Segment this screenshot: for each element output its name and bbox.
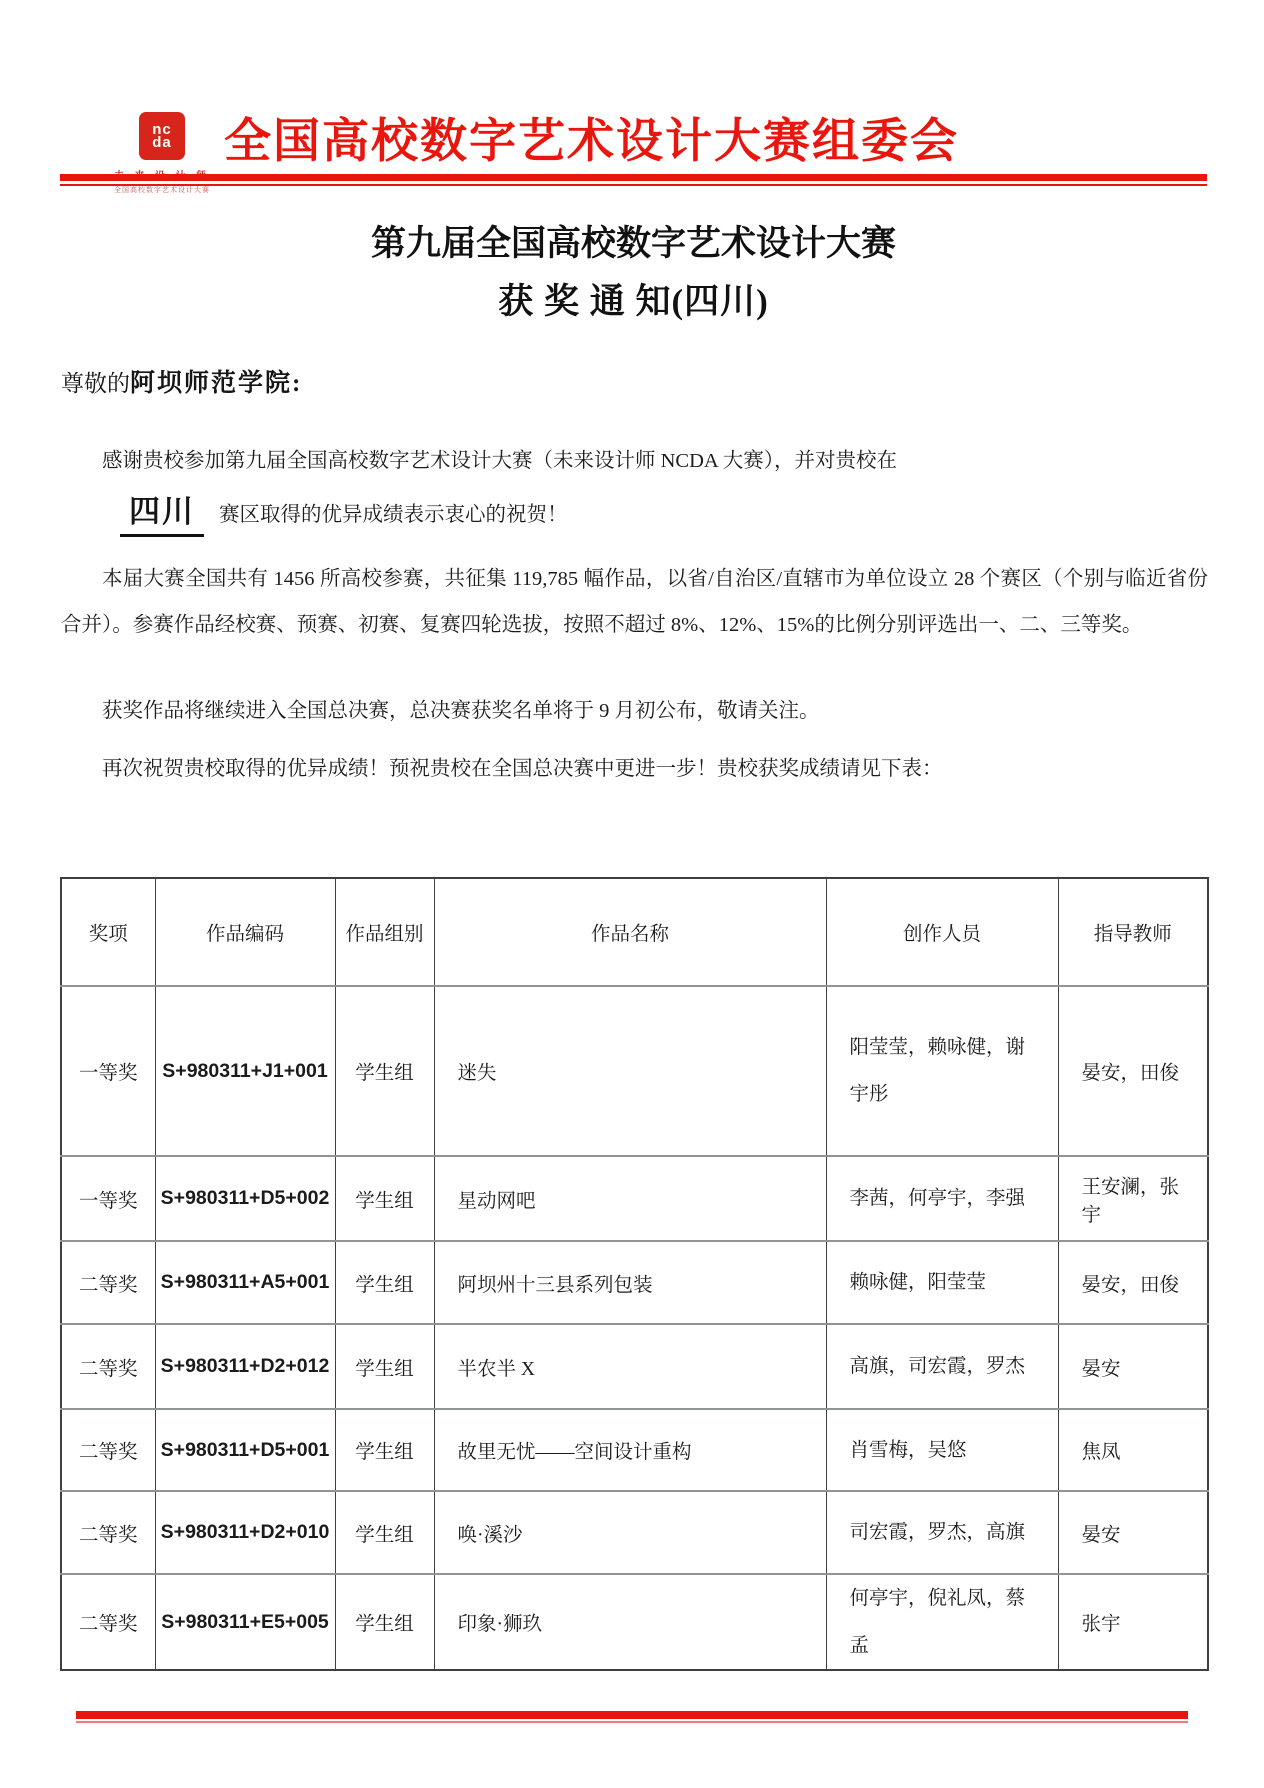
para-thanks: 感谢贵校参加第九届全国高校数字艺术设计大赛（未来设计师 NCDA 大赛），并对贵…	[61, 438, 1208, 484]
para-congrats: 再次祝贺贵校取得的优异成绩！预祝贵校在全国总决赛中更进一步！贵校获奖成绩请见下表…	[61, 746, 1208, 792]
advisors-cell: 晏安	[1058, 1491, 1208, 1574]
header-rule	[60, 174, 1207, 186]
awards-table: 奖项 作品编码 作品组别 作品名称 创作人员 指导教师 一等奖S+980311+…	[60, 877, 1209, 1671]
header-rule-thick-line	[60, 174, 1207, 181]
code-cell: S+980311+D2+012	[155, 1324, 335, 1409]
award-cell: 二等奖	[61, 1241, 155, 1324]
award-cell: 二等奖	[61, 1324, 155, 1409]
award-cell: 二等奖	[61, 1491, 155, 1574]
salutation-prefix: 尊敬的	[61, 371, 130, 396]
creators-cell: 何亭宇，倪礼凤，蔡孟	[826, 1574, 1058, 1670]
awards-table-head: 奖项 作品编码 作品组别 作品名称 创作人员 指导教师	[61, 878, 1208, 986]
work-title-cell: 迷失	[434, 986, 826, 1156]
header-row: 奖项 作品编码 作品组别 作品名称 创作人员 指导教师	[61, 878, 1208, 986]
advisors-cell: 张宇	[1058, 1574, 1208, 1670]
code-cell: S+980311+D2+010	[155, 1491, 335, 1574]
creators-cell: 肖雪梅，吴悠	[826, 1409, 1058, 1491]
salutation: 尊敬的阿坝师范学院:	[61, 363, 302, 399]
group-cell: 学生组	[335, 1156, 434, 1241]
group-cell: 学生组	[335, 1241, 434, 1324]
group-cell: 学生组	[335, 1491, 434, 1574]
col-header-group: 作品组别	[335, 878, 434, 986]
code-cell: S+980311+D5+001	[155, 1409, 335, 1491]
work-title-cell: 唤·溪沙	[434, 1491, 826, 1574]
group-cell: 学生组	[335, 1574, 434, 1670]
work-title-cell: 阿坝州十三县系列包装	[434, 1241, 826, 1324]
table-row: 二等奖S+980311+D2+010学生组唤·溪沙司宏霞，罗杰，高旗晏安	[61, 1491, 1208, 1574]
region-line: 四川 赛区取得的优异成绩表示衷心的祝贺！	[120, 486, 568, 537]
creators-cell: 阳莹莹，赖咏健，谢宇彤	[826, 986, 1058, 1156]
footer-rule-thin-line	[76, 1721, 1188, 1723]
footer-rule-thick-line	[76, 1711, 1188, 1719]
footer-rule	[76, 1711, 1188, 1723]
code-cell: S+980311+E5+005	[155, 1574, 335, 1670]
award-cell: 二等奖	[61, 1409, 155, 1491]
table-row: 二等奖S+980311+D2+012学生组半农半 X高旗，司宏霞，罗杰晏安	[61, 1324, 1208, 1409]
ncda-logo-icon: nc da	[139, 112, 185, 160]
advisors-cell: 晏安，田俊	[1058, 986, 1208, 1156]
para-finals: 获奖作品将继续进入全国总决赛，总决赛获奖名单将于 9 月初公布，敬请关注。	[61, 688, 1208, 734]
table-row: 二等奖S+980311+E5+005学生组印象·狮玖何亭宇，倪礼凤，蔡孟张宇	[61, 1574, 1208, 1670]
logo-subtitle: 全国高校数字艺术设计大赛	[106, 185, 218, 195]
school-name: 阿坝师范学院	[130, 370, 292, 397]
advisors-cell: 晏安，田俊	[1058, 1241, 1208, 1324]
col-header-creators: 创作人员	[826, 878, 1058, 986]
work-title-cell: 星动网吧	[434, 1156, 826, 1241]
work-title-cell: 半农半 X	[434, 1324, 826, 1409]
table-row: 一等奖S+980311+J1+001学生组迷失阳莹莹，赖咏健，谢宇彤晏安，田俊	[61, 986, 1208, 1156]
group-cell: 学生组	[335, 986, 434, 1156]
group-cell: 学生组	[335, 1409, 434, 1491]
advisors-cell: 焦凤	[1058, 1409, 1208, 1491]
advisors-cell: 王安澜，张宇	[1058, 1156, 1208, 1241]
group-cell: 学生组	[335, 1324, 434, 1409]
creators-cell: 赖咏健，阳莹莹	[826, 1241, 1058, 1324]
col-header-code: 作品编码	[155, 878, 335, 986]
code-cell: S+980311+D5+002	[155, 1156, 335, 1241]
doc-title-line2: 获 奖 通 知(四川)	[60, 274, 1207, 324]
col-header-award: 奖项	[61, 878, 155, 986]
region-name: 四川	[120, 486, 204, 537]
col-header-advisors: 指导教师	[1058, 878, 1208, 986]
salutation-colon: :	[292, 370, 302, 397]
creators-cell: 李茜，何亭宇，李强	[826, 1156, 1058, 1241]
advisors-cell: 晏安	[1058, 1324, 1208, 1409]
document-page: nc da 未 来 设 计 师 全国高校数字艺术设计大赛 全国高校数字艺术设计大…	[0, 0, 1264, 1788]
award-cell: 二等奖	[61, 1574, 155, 1670]
region-sentence: 赛区取得的优异成绩表示衷心的祝贺！	[219, 497, 568, 527]
doc-title-line1: 第九届全国高校数字艺术设计大赛	[60, 216, 1207, 266]
work-title-cell: 印象·狮玖	[434, 1574, 826, 1670]
code-cell: S+980311+J1+001	[155, 986, 335, 1156]
creators-cell: 司宏霞，罗杰，高旗	[826, 1491, 1058, 1574]
table-row: 一等奖S+980311+D5+002学生组星动网吧李茜，何亭宇，李强王安澜，张宇	[61, 1156, 1208, 1241]
creators-cell: 高旗，司宏霞，罗杰	[826, 1324, 1058, 1409]
award-cell: 一等奖	[61, 1156, 155, 1241]
para-stats: 本届大赛全国共有 1456 所高校参赛，共征集 119,785 幅作品，以省/自…	[61, 556, 1208, 648]
code-cell: S+980311+A5+001	[155, 1241, 335, 1324]
awards-table-body: 一等奖S+980311+J1+001学生组迷失阳莹莹，赖咏健，谢宇彤晏安，田俊一…	[61, 986, 1208, 1670]
logo-mark-bottom: da	[152, 136, 172, 149]
table-row: 二等奖S+980311+D5+001学生组故里无忧——空间设计重构肖雪梅，吴悠焦…	[61, 1409, 1208, 1491]
org-title: 全国高校数字艺术设计大赛组委会	[224, 104, 959, 171]
work-title-cell: 故里无忧——空间设计重构	[434, 1409, 826, 1491]
table-row: 二等奖S+980311+A5+001学生组阿坝州十三县系列包装赖咏健，阳莹莹晏安…	[61, 1241, 1208, 1324]
award-cell: 一等奖	[61, 986, 155, 1156]
header-rule-thin-line	[60, 184, 1207, 186]
col-header-title: 作品名称	[434, 878, 826, 986]
